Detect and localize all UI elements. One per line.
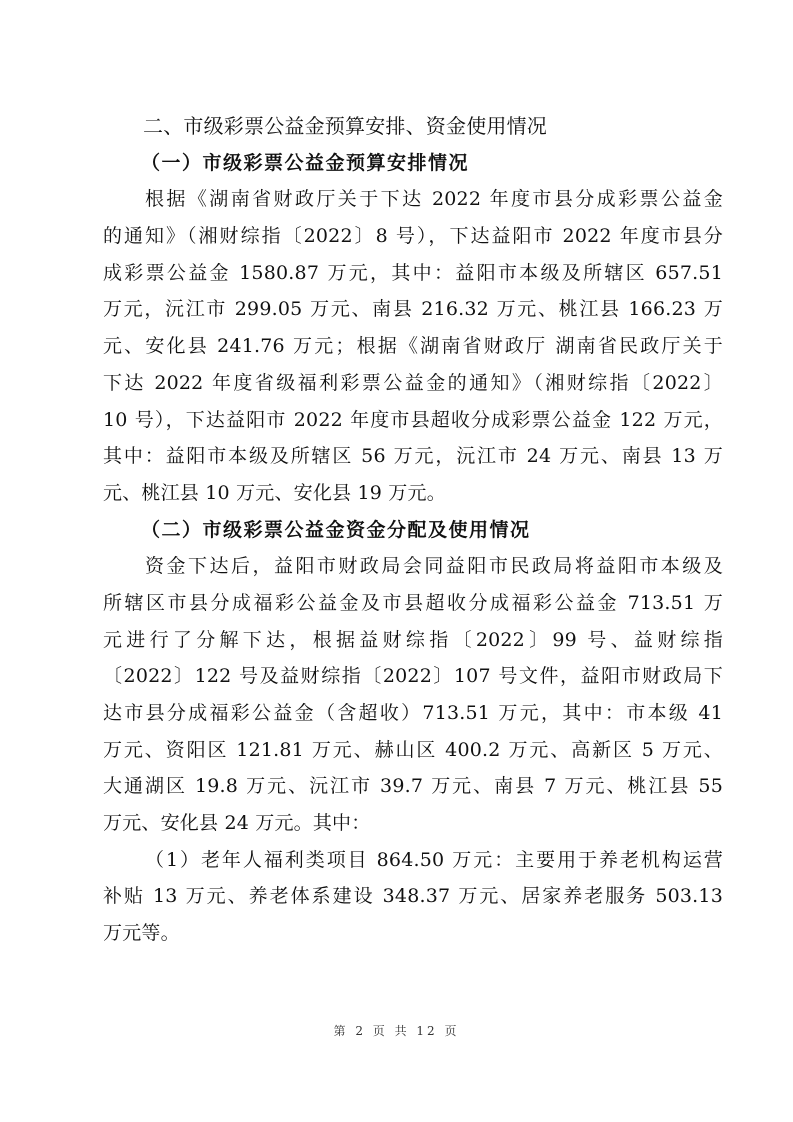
- paragraph: （1）老年人福利类项目 864.50 万元：主要用于养老机构运营 补贴 13 万…: [103, 842, 723, 952]
- document-page: 二、市级彩票公益金预算安排、资金使用情况 （一）市级彩票公益金预算安排情况 根据…: [0, 0, 793, 1122]
- paragraph-line: 资金下达后，益阳市财政局会同益阳市民政局将益阳市本级及: [103, 548, 723, 585]
- paragraph-line: 元进行了分解下达，根据益财综指〔2022〕99 号、益财综指: [103, 622, 723, 659]
- paragraph: 资金下达后，益阳市财政局会同益阳市民政局将益阳市本级及 所辖区市县分成福彩公益金…: [103, 548, 723, 842]
- paragraph-line: 达市县分成福彩公益金（含超收）713.51 万元，其中：市本级 41: [103, 695, 723, 732]
- page-number-footer: 第 2 页 共 12 页: [0, 1022, 793, 1039]
- paragraph-line: 万元、资阳区 121.81 万元、赫山区 400.2 万元、高新区 5 万元、: [103, 732, 723, 769]
- paragraph-line: 元、桃江县 10 万元、安化县 19 万元。: [103, 475, 723, 512]
- paragraph-line: 下达 2022 年度省级福利彩票公益金的通知》（湘财综指〔2022〕: [103, 365, 723, 402]
- section-heading: 二、市级彩票公益金预算安排、资金使用情况: [103, 108, 723, 145]
- paragraph-line: 万元，沅江市 299.05 万元、南县 216.32 万元、桃江县 166.23…: [103, 291, 723, 328]
- subsection-title-1: （一）市级彩票公益金预算安排情况: [103, 145, 723, 182]
- paragraph-line: 万元、安化县 24 万元。其中：: [103, 805, 723, 842]
- paragraph-line: 补贴 13 万元、养老体系建设 348.37 万元、居家养老服务 503.13: [103, 878, 723, 915]
- paragraph-line: 所辖区市县分成福彩公益金及市县超收分成福彩公益金 713.51 万: [103, 585, 723, 622]
- paragraph-line: 〔2022〕122 号及益财综指〔2022〕107 号文件，益阳市财政局下: [103, 658, 723, 695]
- paragraph-line: 成彩票公益金 1580.87 万元，其中：益阳市本级及所辖区 657.51: [103, 255, 723, 292]
- paragraph-line: 10 号），下达益阳市 2022 年度市县超收分成彩票公益金 122 万元，: [103, 402, 723, 439]
- paragraph: 根据《湖南省财政厅关于下达 2022 年度市县分成彩票公益金 的通知》（湘财综指…: [103, 181, 723, 511]
- subsection-title-2: （二）市级彩票公益金资金分配及使用情况: [103, 512, 723, 549]
- paragraph-line: 大通湖区 19.8 万元、沅江市 39.7 万元、南县 7 万元、桃江县 55: [103, 768, 723, 805]
- paragraph-line: 根据《湖南省财政厅关于下达 2022 年度市县分成彩票公益金: [103, 181, 723, 218]
- paragraph-line: 万元等。: [103, 915, 723, 952]
- paragraph-line: 的通知》（湘财综指〔2022〕8 号），下达益阳市 2022 年度市县分: [103, 218, 723, 255]
- paragraph-line: 元、安化县 241.76 万元；根据《湖南省财政厅 湖南省民政厅关于: [103, 328, 723, 365]
- paragraph-line: （1）老年人福利类项目 864.50 万元：主要用于养老机构运营: [103, 842, 723, 879]
- document-body: 二、市级彩票公益金预算安排、资金使用情况 （一）市级彩票公益金预算安排情况 根据…: [103, 108, 723, 952]
- paragraph-line: 其中：益阳市本级及所辖区 56 万元，沅江市 24 万元、南县 13 万: [103, 438, 723, 475]
